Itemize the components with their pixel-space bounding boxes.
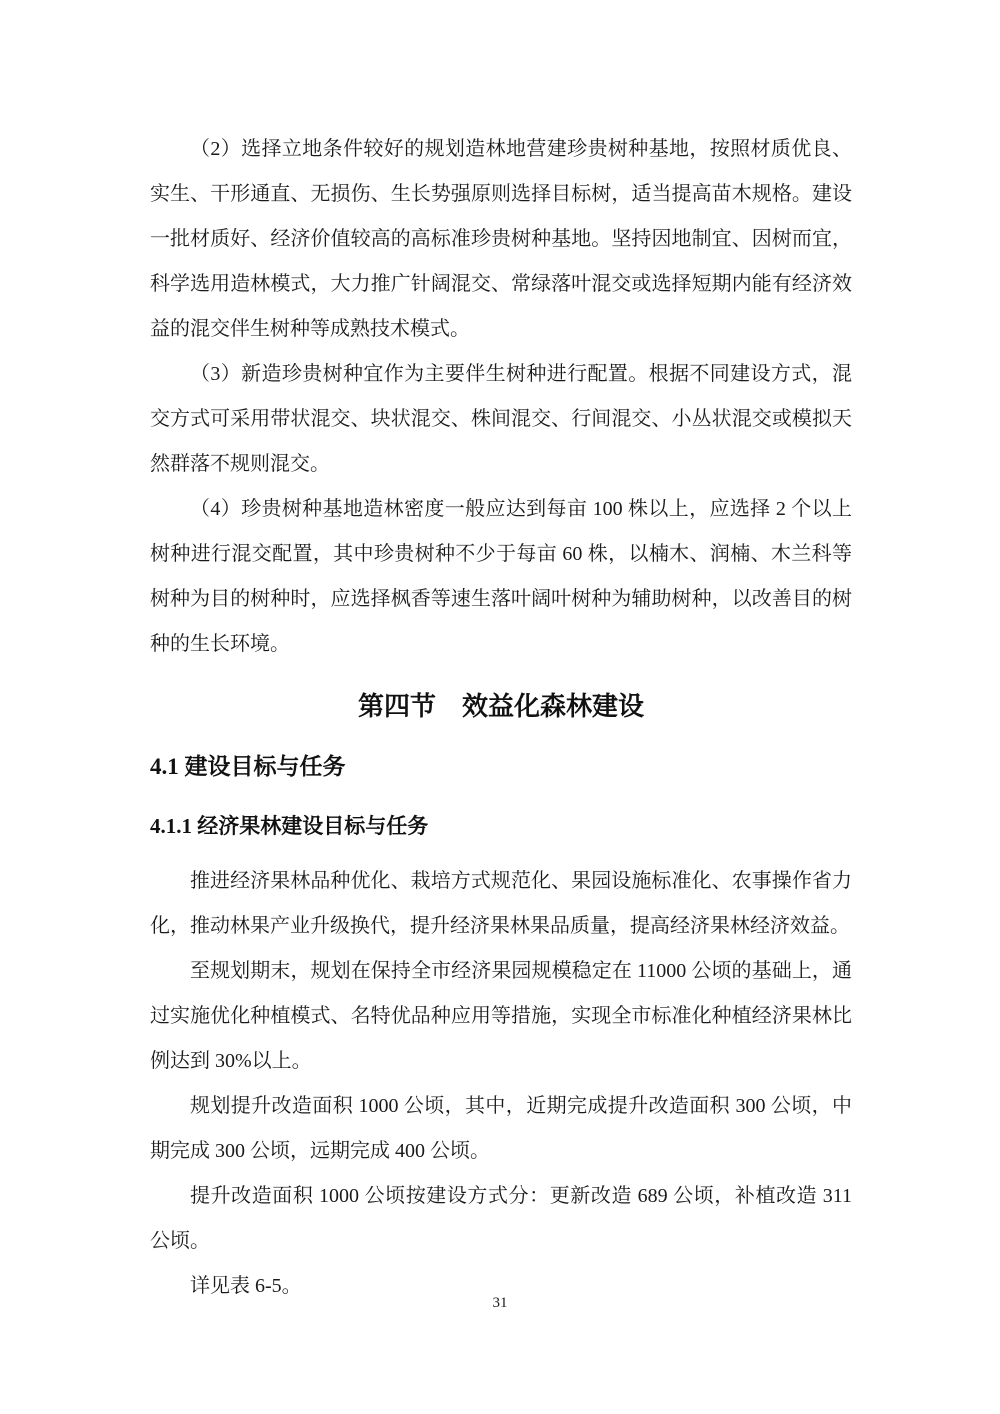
subsection-heading-4-1: 4.1 建设目标与任务 [150,752,852,782]
paragraph-area-phases: 规划提升改造面积 1000 公顷，其中，近期完成提升改造面积 300 公顷，中期… [150,1084,852,1174]
content-area: （2）选择立地条件较好的规划造林地营建珍贵树种基地，按照材质优良、实生、干形通直… [150,127,852,1309]
page-number: 31 [0,1294,1000,1312]
section-heading: 第四节 效益化森林建设 [150,691,852,723]
paragraph-promote: 推进经济果林品种优化、栽培方式规范化、果园设施标准化、农事操作省力化，推动林果产… [150,859,852,949]
paragraph-item-2: （2）选择立地条件较好的规划造林地营建珍贵树种基地，按照材质优良、实生、干形通直… [150,127,852,352]
paragraph-plan-end: 至规划期末，规划在保持全市经济果园规模稳定在 11000 公顷的基础上，通过实施… [150,949,852,1084]
paragraph-item-3: （3）新造珍贵树种宜作为主要伴生树种进行配置。根据不同建设方式，混交方式可采用带… [150,352,852,487]
paragraph-area-methods: 提升改造面积 1000 公顷按建设方式分：更新改造 689 公顷，补植改造 31… [150,1174,852,1264]
document-page: （2）选择立地条件较好的规划造林地营建珍贵树种基地，按照材质优良、实生、干形通直… [0,0,1000,1414]
paragraph-item-4: （4）珍贵树种基地造林密度一般应达到每亩 100 株以上，应选择 2 个以上树种… [150,487,852,667]
subsubsection-heading-4-1-1: 4.1.1 经济果林建设目标与任务 [150,813,852,839]
